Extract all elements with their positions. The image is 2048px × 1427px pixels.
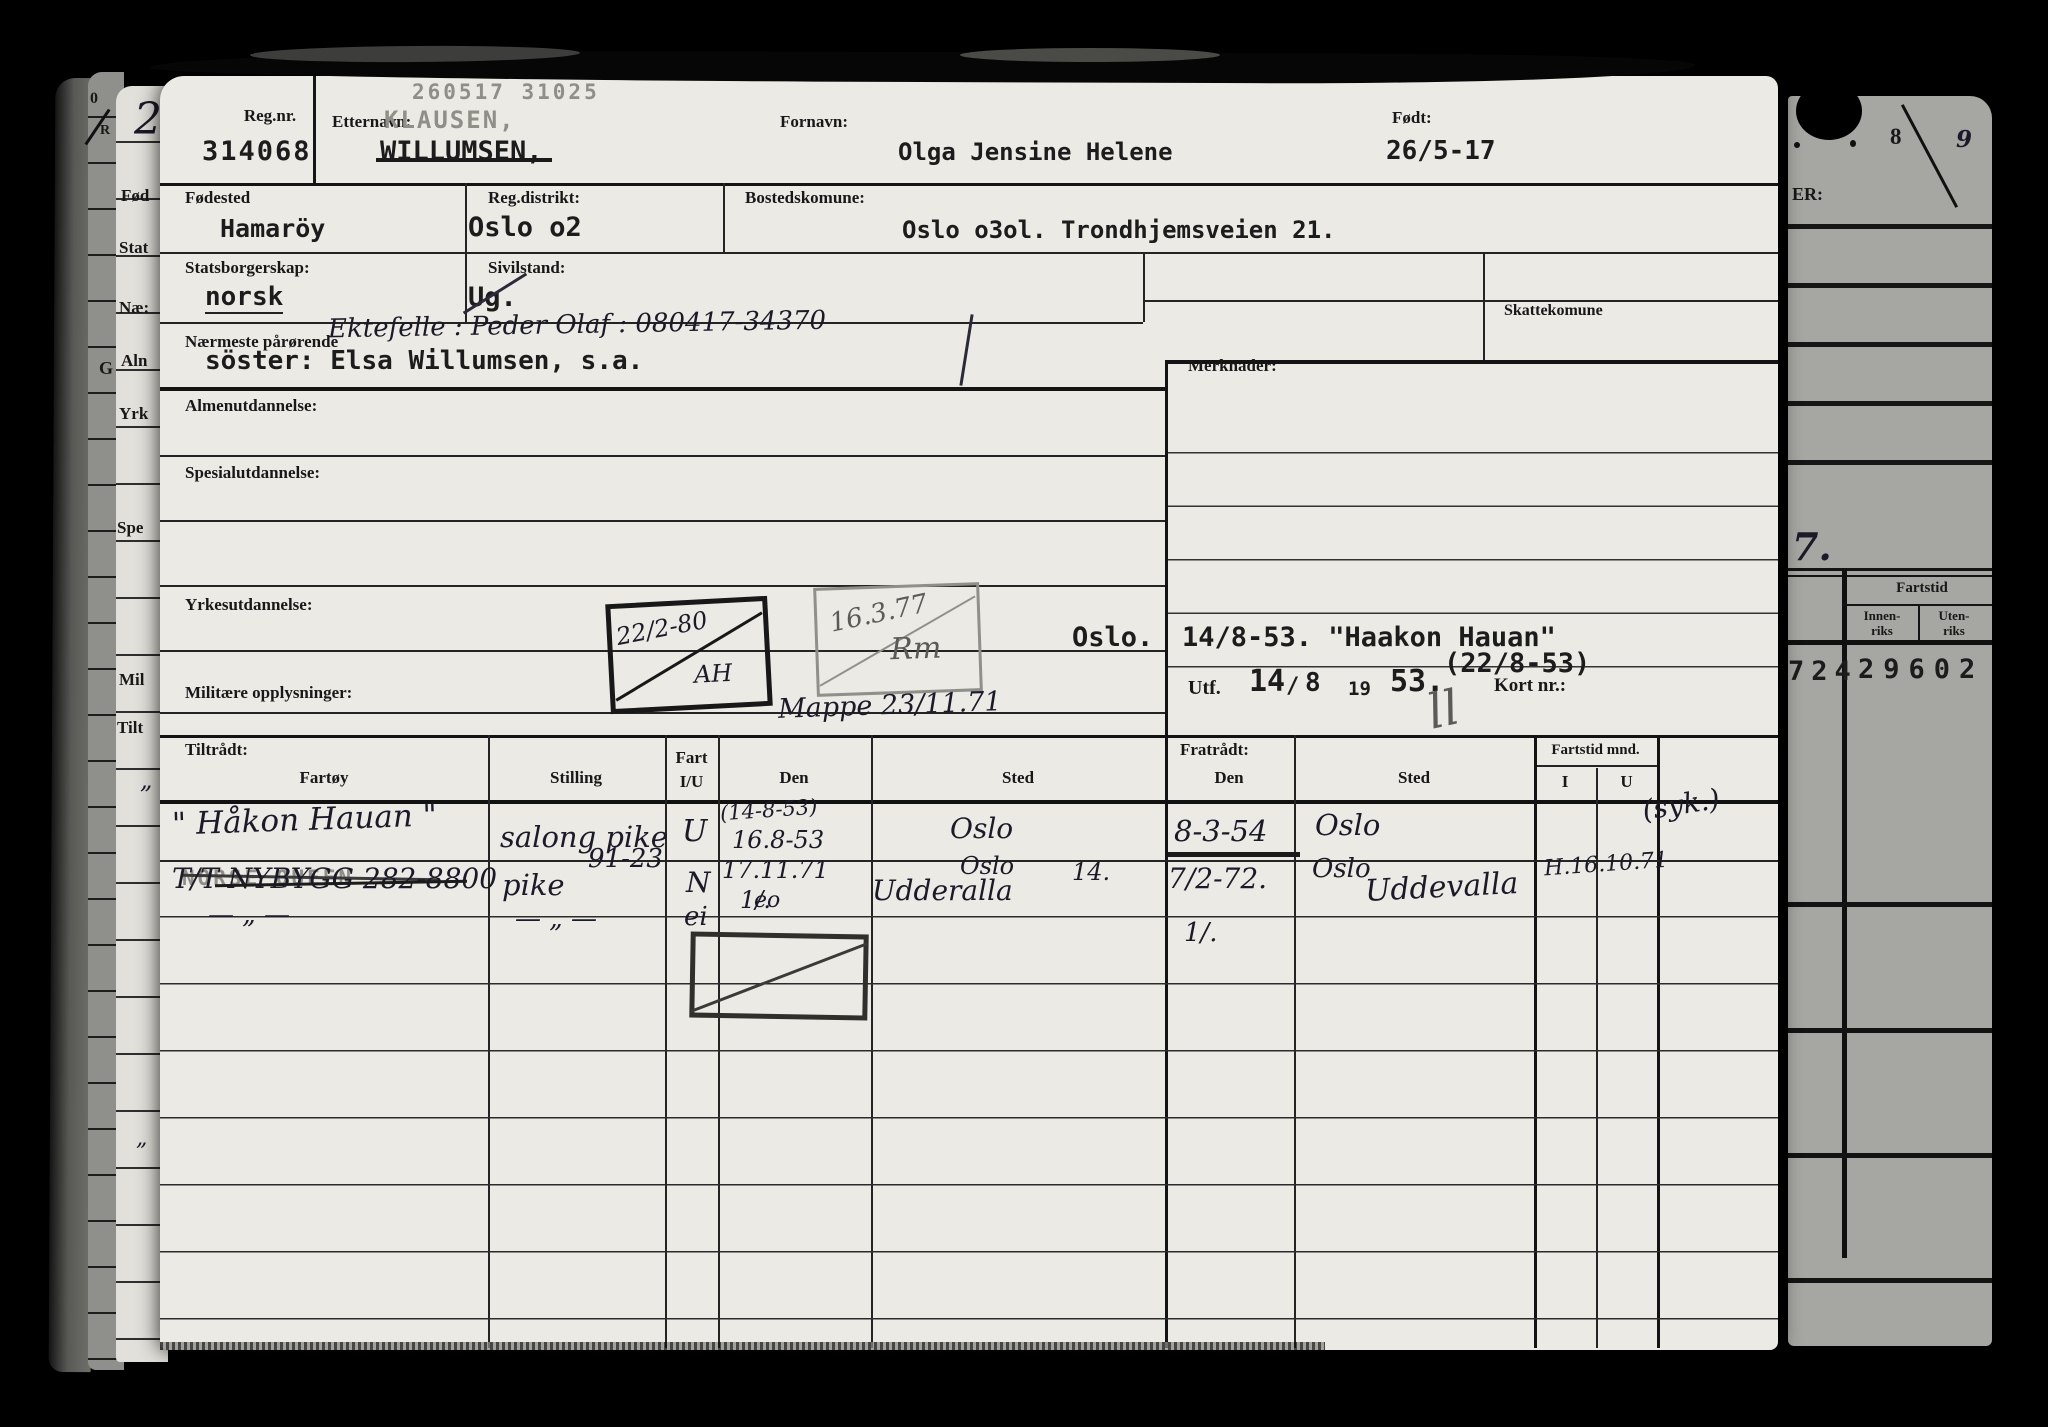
empty-stamp-box — [689, 931, 868, 1020]
edge-number: 8 — [1890, 124, 1902, 150]
surname: WILLUMSEN, — [380, 136, 543, 167]
bosted-value: Oslo o3ol. Trondhjemsveien 21. — [902, 216, 1335, 244]
edge-mark-0: 0 — [90, 90, 98, 108]
statsborgerskap-value: norsk — [205, 282, 283, 314]
row2-fart: N — [686, 866, 711, 899]
militaere-label: Militære opplysninger: — [185, 683, 352, 703]
parorende-typed: söster: Elsa Willumsen, s.a. — [205, 346, 643, 376]
undercard-label: Fød — [121, 186, 149, 206]
fratradt-label: Fratrådt: — [1180, 740, 1249, 760]
kort-nr-label: Kort nr.: — [1494, 675, 1566, 697]
fodested-value: Hamaröy — [220, 214, 325, 243]
almenutdannelse-label: Almenutdannelse: — [185, 396, 317, 416]
handwritten-seven: 7. — [1792, 524, 1832, 569]
row2-fratradt-sted-b: Uddevalla — [1364, 866, 1519, 909]
col-u: U — [1596, 772, 1657, 792]
row1-fratradt-sted: Oslo — [1315, 808, 1380, 842]
signature: ll — [1423, 679, 1465, 740]
statsborgerskap-label: Statsborgerskap: — [185, 258, 310, 278]
innenriks-label: riks — [1848, 623, 1916, 639]
edge-mark-g: G — [99, 358, 113, 379]
row3-den: 1/. — [740, 886, 771, 914]
old-surname: KLAUSEN, — [384, 106, 516, 134]
yrkesutdannelse-label: Yrkesutdannelse: — [185, 595, 313, 615]
row2-stilling: pike — [502, 868, 565, 902]
date-stamp-1977: 16.3.77 Rm — [813, 582, 983, 697]
strikethrough — [376, 158, 552, 162]
col-fartstid: Fartstid mnd. — [1534, 742, 1657, 759]
pen-stroke — [1901, 104, 1958, 208]
undercard-label: Tilt — [117, 718, 143, 738]
row2-fratradt-den: 7/2-72. — [1168, 862, 1267, 895]
fartstid-header: Fartstid — [1852, 580, 1992, 597]
row1-fart: U — [682, 814, 707, 849]
utf-century: 19 — [1348, 678, 1371, 700]
stamp-initials: AH — [693, 659, 733, 689]
undercard-label: Yrk — [119, 404, 148, 424]
utf-label: Utf. — [1188, 677, 1221, 700]
undercard-label: Aln — [121, 351, 147, 371]
col-iu: I/U — [665, 772, 718, 792]
ruled-lines — [160, 916, 1778, 1320]
utf-slash: / — [1286, 674, 1299, 699]
reg-nr-value: 314068 — [202, 136, 312, 167]
undercard-label: Spe — [117, 518, 143, 538]
undercard-label: Mil — [119, 670, 145, 690]
row3-fratradt-den: 1/. — [1184, 918, 1218, 948]
col-den: Den — [734, 768, 854, 788]
utf-month: 8 — [1305, 668, 1321, 698]
undercard-number: 2 — [134, 94, 162, 145]
innenriks-label: Innen- — [1848, 608, 1916, 624]
merknader-label: Merknader: — [1188, 356, 1277, 376]
ditto-quote: „ — [136, 1126, 147, 1151]
ink-dot — [1850, 140, 1856, 147]
spesialutdannelse-label: Spesialutdannelse: — [185, 463, 320, 483]
bosted-label: Bostedskomune: — [745, 188, 865, 208]
row2-over-note: 91-23 — [588, 844, 663, 874]
edge-mark-r: R — [100, 123, 110, 139]
utenriks-label: riks — [1920, 623, 1988, 639]
row1-den-b: 16.8-53 — [732, 826, 824, 854]
ink-dot — [1794, 142, 1800, 148]
stamp-date: 22/2-80 — [614, 606, 710, 651]
hire-place: Oslo. — [1072, 622, 1153, 653]
stamp-signature: Rm — [890, 631, 942, 668]
tiltradt-label: Tiltrådt: — [185, 740, 248, 760]
row2-margin-note: H.16.10.71 — [1543, 848, 1669, 882]
row1-fartoy: " Håkon Hauan " — [171, 797, 437, 842]
ditto-quote: „ — [140, 766, 152, 794]
heavy-underline — [1168, 852, 1300, 857]
fodested-label: Fødested — [185, 188, 250, 208]
row1-fratradt-den: 8-3-54 — [1174, 814, 1267, 848]
fartstid-number: 724 — [1788, 656, 1858, 687]
col-i: I — [1534, 772, 1596, 792]
serial-stamp: 260517 31025 — [412, 80, 600, 104]
pen-stroke — [959, 314, 973, 386]
col-fart: Fart — [665, 748, 718, 768]
row2-fratradt-sted-a: Oslo — [1312, 854, 1371, 884]
col-fratradt-sted: Sted — [1334, 768, 1494, 788]
undercard-label: Stat — [119, 238, 148, 258]
regdistrikt-label: Reg.distrikt: — [488, 188, 580, 208]
row3-fart: ei — [684, 902, 708, 932]
row2-den-a: 17.11.71 — [722, 856, 829, 884]
col-fratradt-den: Den — [1174, 768, 1284, 788]
birthdate: 26/5-17 — [1386, 136, 1496, 166]
regdistrikt-value: Oslo o2 — [468, 212, 582, 243]
row1-sted: Oslo — [950, 812, 1013, 845]
registration-card: Reg.nr. 314068 Etternavn: 260517 31025 K… — [160, 76, 1778, 1350]
date-stamp-1980: 22/2-80 AH — [605, 596, 773, 714]
utenriks-label: Uten- — [1920, 608, 1988, 624]
skattekomune-label: Skattekomune — [1504, 302, 1603, 320]
fornavn-label: Fornavn: — [780, 112, 848, 132]
col-stilling: Stilling — [516, 768, 636, 788]
col-fartoy: Fartøy — [244, 768, 404, 788]
edge-number: 9 — [1956, 126, 1972, 153]
underlying-card-right: 8 9 ER: 7. Fartstid Innen- riks Uten- ri… — [1788, 96, 1992, 1346]
parorende-handwritten: Ektefelle : Peder Olaf : 080417-34370 — [328, 306, 827, 345]
row3-stilling-ditto: — „ — — [515, 904, 597, 934]
row2-sted-n: 14. — [1072, 858, 1110, 886]
card-bottom-serration — [160, 1342, 1325, 1350]
row3-fartoy-ditto: — „ — — [208, 900, 290, 930]
row2-fartoy: T/T NYBYGG 282-8800 — [172, 862, 497, 895]
cut-label-er: ER: — [1792, 184, 1823, 205]
col-sted: Sted — [938, 768, 1098, 788]
torn-edge-scrap — [960, 48, 1220, 62]
card-notch — [1796, 82, 1862, 140]
firstname: Olga Jensine Helene — [898, 138, 1173, 166]
ruled-lines — [1788, 224, 1992, 469]
fartstid-number: 29602 — [1858, 654, 1984, 685]
undercard-label: Næ: — [119, 298, 149, 318]
reg-nr-label: Reg.nr. — [190, 106, 350, 126]
mappe-note: Mappe 23/11.71 — [778, 686, 1003, 725]
row2-sted-b: Udderalla — [872, 874, 1013, 907]
fodt-label: Født: — [1392, 108, 1432, 128]
sivilstand-value: Ug. — [468, 282, 517, 313]
utf-day: 14 — [1249, 664, 1285, 699]
